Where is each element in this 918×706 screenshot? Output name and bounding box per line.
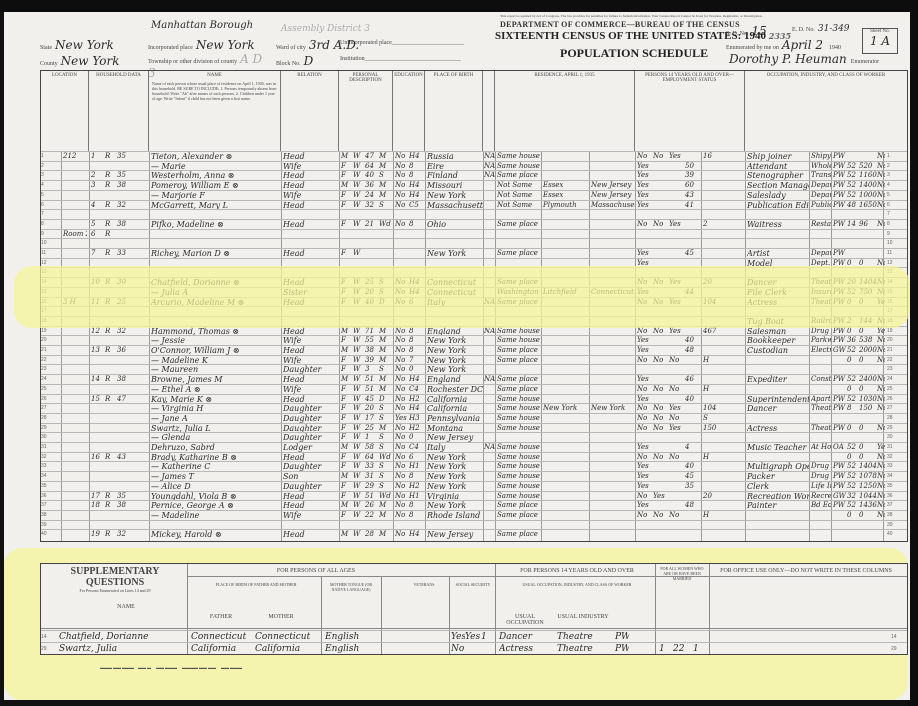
supp-cell-ss_number: No <box>451 643 465 655</box>
cell-occupation <box>747 530 809 540</box>
supp-usual-industry-label: USUAL INDUSTRY <box>555 614 611 620</box>
enumerator-field: Dorothy P. HeumanEnumerator <box>726 52 879 66</box>
supp-usual-occupation-label: USUAL OCCUPATION <box>497 614 553 626</box>
cell-name: Mickey, Harold ⊗ <box>151 530 281 540</box>
supp-cell-father: California <box>191 643 253 655</box>
supp-cell-age_first_marriage: 22 <box>673 643 689 655</box>
cell-marital: M <box>379 530 393 540</box>
col-name: NAME Name of each person whose usual pla… <box>149 71 281 151</box>
supp-mother-label: MOTHER <box>251 614 311 620</box>
cell-citizen <box>484 530 495 540</box>
institution-field: Institution_____________________________… <box>340 56 461 62</box>
legal-notice: This report is required by Act of Congre… <box>500 14 830 18</box>
cell-other <box>877 530 885 540</box>
supp-name-label: NAME <box>71 604 181 610</box>
cell-industry <box>811 530 831 540</box>
footnote-instructions: ▬▬▬ ▬▬ ▬▬▬ ▬▬ ▬ ▬▬ ▬▬▬ ▬▬▬▬ ▬▬ ▬▬ ▬▬ ▬▬▬ <box>100 665 242 670</box>
col-household-data: HOUSEHOLD DATA <box>89 71 149 151</box>
office-use-header: FOR OFFICE USE ONLY—DO NOT WRITE IN THES… <box>711 568 901 574</box>
supp-cell-usual_class: PW <box>615 643 629 655</box>
cell-line: 40 <box>41 530 61 540</box>
social-security-header: SOCIAL SECURITY <box>451 582 495 587</box>
cell-wk39 <box>847 530 859 540</box>
over14-header: FOR PERSONS 14 YEARS OLD AND OVER <box>497 568 657 574</box>
col-occupation: OCCUPATION, INDUSTRY, AND CLASS OF WORKE… <box>745 71 907 151</box>
county-field: CountyNew York <box>40 54 119 68</box>
col-citizenship <box>483 71 495 151</box>
incorporated-note: Manhattan Borough <box>148 20 253 31</box>
supp-cell-line: 29 <box>41 643 55 655</box>
ed-field: E. D. No.31-349 <box>792 24 850 34</box>
supplementary-questions-table: SUPPLEMENTARY QUESTIONS For Persons Enum… <box>40 563 908 655</box>
usual-occupation-header: USUAL OCCUPATION, INDUSTRY, AND CLASS OF… <box>497 582 657 587</box>
cell-work <box>637 530 653 540</box>
supp-cell-ss_pct <box>481 643 493 655</box>
cell-line: 40 <box>887 530 907 540</box>
cell-relation: Head <box>283 530 339 540</box>
ward-note: Assembly District 3 <box>278 24 370 34</box>
sd-field: S. D. No.15 <box>726 24 767 38</box>
cell-state35 <box>591 530 635 540</box>
schedule-title: POPULATION SCHEDULE <box>560 46 708 61</box>
supp-cell-language: English <box>325 643 381 655</box>
cell-county35 <box>543 530 589 540</box>
block-field: Block No.D <box>276 54 313 68</box>
unincorporated-field: Unincorporated place____________________… <box>340 40 464 46</box>
cell-school: No <box>395 530 409 540</box>
col-residence-1935: RESIDENCE, APRIL 1, 1935 <box>495 71 635 151</box>
cell-hours <box>685 530 701 540</box>
parents-birthplace-header: PLACE OF BIRTH OF FATHER AND MOTHER <box>191 582 321 587</box>
supp-father-label: FATHER <box>191 614 251 620</box>
cell-birthplace: New Jersey <box>427 530 483 540</box>
supp-cell-usual_occupation: Actress <box>499 643 553 655</box>
cell-sex: M <box>341 530 351 540</box>
mother-tongue-header: MOTHER TONGUE (OR NATIVE LANGUAGE) <box>323 582 379 592</box>
state-field: StateNew York <box>40 38 114 52</box>
department-title: DEPARTMENT OF COMMERCE—BUREAU OF THE CEN… <box>500 20 740 29</box>
sheet-number-box: Sheet No. 1 A <box>862 28 898 54</box>
highlight-lines-14-16 <box>14 266 910 328</box>
supp-cell-married_more: 1 <box>659 643 671 655</box>
supplementary-row: 29Swartz, JuliaCaliforniaCaliforniaEngli… <box>41 642 907 655</box>
cell-wages <box>859 530 877 540</box>
cell-job <box>669 530 685 540</box>
supp-cell-mother: California <box>255 643 319 655</box>
cell-visit: 19 <box>91 530 105 540</box>
cell-street <box>63 530 87 540</box>
cell-race: W <box>353 530 363 540</box>
all-ages-header: FOR PERSONS OF ALL AGES <box>191 568 441 574</box>
enumerated-date-field: Enumerated by me onApril 21940 <box>726 38 841 52</box>
table-row: 4019R32Mickey, Harold ⊗HeadMW28MNoH4New … <box>41 529 907 540</box>
veterans-header: VETERANS <box>397 582 451 587</box>
cell-grade: H4 <box>409 530 425 540</box>
cell-cls <box>833 530 847 540</box>
supp-cell-line_end: 29 <box>891 643 905 655</box>
incorporated-place-field: Incorporated placeNew York <box>148 38 255 52</box>
supp-cell-name: Swartz, Julia <box>59 643 187 655</box>
supp-cell-usual_industry: Theatre <box>557 643 613 655</box>
cell-value: 32 <box>117 530 141 540</box>
col-employment-status: PERSONS 14 YEARS OLD AND OVER—EMPLOYMENT… <box>635 71 745 151</box>
women-married-header: FOR ALL WOMEN WHO ARE OR HAVE BEEN MARRI… <box>657 566 707 581</box>
supp-cell-ss_deduct <box>465 643 481 655</box>
cell-seek <box>653 530 669 540</box>
supplementary-title: SUPPLEMENTARY QUESTIONS <box>45 566 185 588</box>
col-place-of-birth: PLACE OF BIRTH <box>425 71 483 151</box>
cell-res1935: Same place <box>497 530 541 540</box>
scan-top-border <box>0 0 918 12</box>
supp-cell-children: 1 <box>693 643 705 655</box>
supplementary-subtitle: For Persons Enumerated on Lines 14 and 2… <box>45 588 185 593</box>
cell-weeks <box>703 530 723 540</box>
cell-age: 28 <box>365 530 379 540</box>
cell-tenure: R <box>105 530 117 540</box>
col-location: LOCATION <box>41 71 89 151</box>
col-relation: RELATION <box>281 71 339 151</box>
col-education: EDUCATION <box>393 71 425 151</box>
col-personal-description: PERSONAL DESCRIPTION <box>339 71 393 151</box>
